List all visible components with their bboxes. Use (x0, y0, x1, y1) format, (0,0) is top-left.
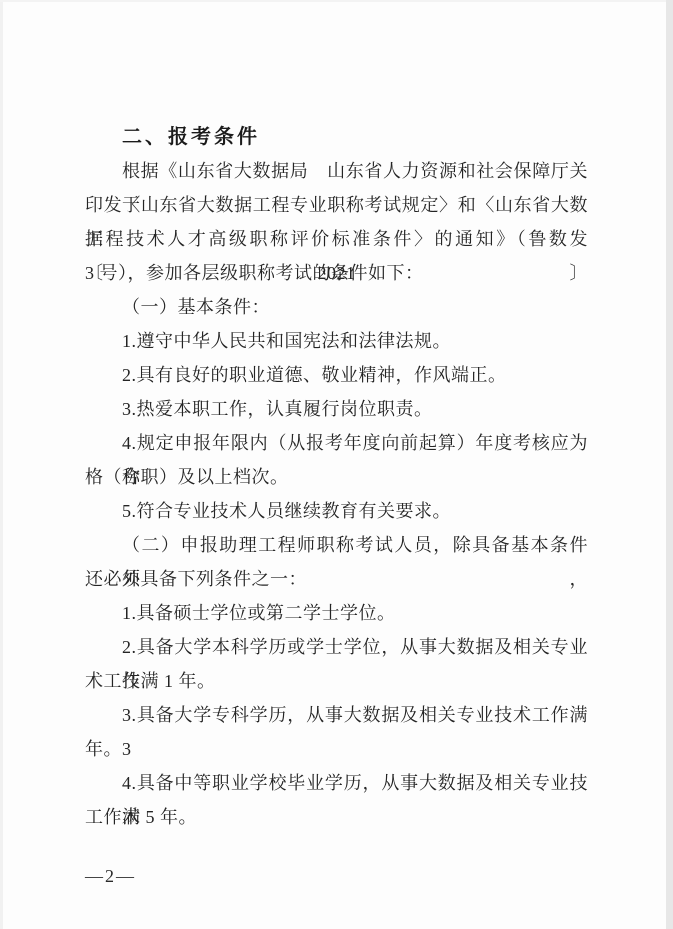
scanned-document-page: 二、报考条件 根据《山东省大数据局 山东省人力资源和社会保障厅关于 印发〈山东省… (0, 0, 673, 929)
scan-edge-left (0, 0, 3, 929)
page-number: —2— (85, 866, 136, 887)
list-item: 2.具备大学本科学历或学士学位，从事大数据及相关专业技 (85, 630, 588, 664)
text-line: 根据《山东省大数据局 山东省人力资源和社会保障厅关于 (85, 154, 588, 188)
list-item: 4.具备中等职业学校毕业学历，从事大数据及相关专业技术 (85, 766, 588, 800)
list-item: 1.具备硕士学位或第二学士学位。 (85, 596, 588, 630)
text-line: 年。 (85, 732, 588, 766)
text-line: 术工作满 1 年。 (85, 664, 588, 698)
scan-edge-right (666, 0, 673, 929)
text-line: 工程技术人才高级职称评价标准条件〉的通知》（鲁数发〔2021〕 (85, 222, 588, 256)
list-item: 2.具有良好的职业道德、敬业精神，作风端正。 (85, 358, 588, 392)
subsection-heading: （二）申报助理工程师职称考试人员，除具备基本条件外， (85, 528, 588, 562)
subsection-heading: （一）基本条件： (85, 290, 588, 324)
list-item: 3.热爱本职工作，认真履行岗位职责。 (85, 392, 588, 426)
list-item: 5.符合专业技术人员继续教育有关要求。 (85, 494, 588, 528)
scan-edge-top (0, 0, 673, 2)
list-item: 3.具备大学专科学历，从事大数据及相关专业技术工作满 3 (85, 698, 588, 732)
document-body: 二、报考条件 根据《山东省大数据局 山东省人力资源和社会保障厅关于 印发〈山东省… (85, 120, 588, 834)
text-line: 印发〈山东省大数据工程专业职称考试规定〉和〈山东省大数据 (85, 188, 588, 222)
text-line: 格（称职）及以上档次。 (85, 460, 588, 494)
list-item: 1.遵守中华人民共和国宪法和法律法规。 (85, 324, 588, 358)
list-item: 4.规定申报年限内（从报考年度向前起算）年度考核应为合 (85, 426, 588, 460)
section-heading: 二、报考条件 (85, 120, 588, 154)
text-line: 工作满 5 年。 (85, 800, 588, 834)
